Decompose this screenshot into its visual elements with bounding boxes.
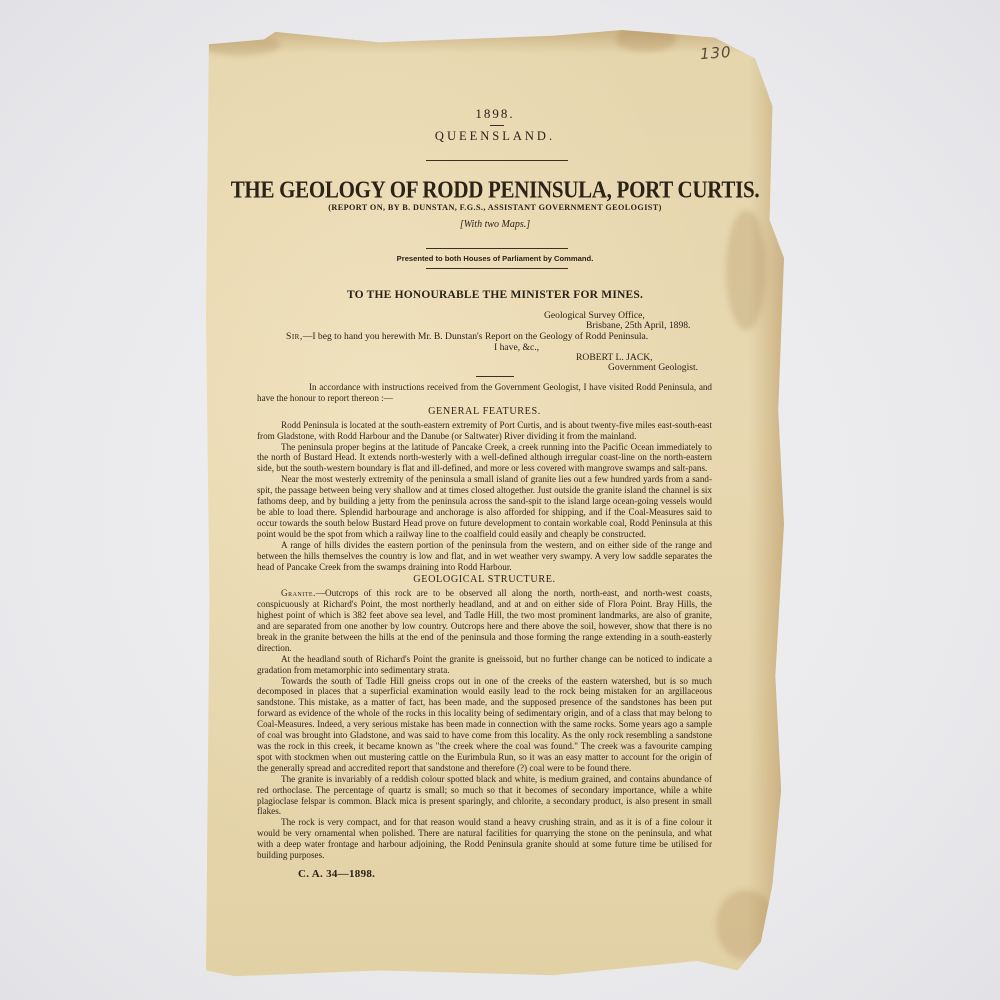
document-subtitle: (REPORT ON, BY B. DUNSTAN, F.G.S., ASSIS… xyxy=(206,203,784,212)
lead-term: Granite. xyxy=(281,588,316,598)
paragraph: A range of hills divides the eastern por… xyxy=(257,540,712,573)
maps-note: [With two Maps.] xyxy=(206,219,784,230)
letter-addressee: TO THE HONOURABLE THE MINISTER FOR MINES… xyxy=(206,289,784,301)
letter-closing: I have, &c., xyxy=(494,342,539,353)
paragraph: Rodd Peninsula is located at the south-e… xyxy=(257,420,712,442)
paragraph: Near the most westerly extremity of the … xyxy=(257,474,712,539)
paragraph: The granite is invariably of a reddish c… xyxy=(257,774,712,818)
divider xyxy=(426,248,568,249)
letter-body-text: —I beg to hand you herewith Mr. B. Dunst… xyxy=(303,331,648,342)
handwritten-page-number: 130 xyxy=(699,43,732,63)
letter-salutation: Sir, xyxy=(286,331,303,342)
document-state: QUEENSLAND. xyxy=(206,129,784,144)
paragraph: At the headland south of Richard's Point… xyxy=(257,654,712,676)
paper-stain xyxy=(616,26,676,52)
letter-signatory-title: Government Geologist. xyxy=(608,362,698,373)
paragraph-text: —Outcrops of this rock are to be observe… xyxy=(257,588,712,653)
divider xyxy=(426,160,568,161)
section-heading-geological-structure: GEOLOGICAL STRUCTURE. xyxy=(257,575,712,586)
report-body: In accordance with instructions received… xyxy=(257,382,712,861)
paragraph: The rock is very compact, and for that r… xyxy=(257,817,712,861)
presented-note: Presented to both Houses of Parliament b… xyxy=(206,254,784,263)
intro-paragraph: In accordance with instructions received… xyxy=(257,382,712,404)
section-heading-general-features: GENERAL FEATURES. xyxy=(257,407,712,418)
letter-place-date: Brisbane, 25th April, 1898. xyxy=(586,320,690,331)
paper-stain xyxy=(716,890,776,960)
document-year: 1898. xyxy=(206,106,784,122)
divider xyxy=(490,125,504,126)
paragraph: Towards the south of Tadle Hill gneiss c… xyxy=(257,676,712,774)
document-title: THE GEOLOGY OF RODD PENINSULA, PORT CURT… xyxy=(206,175,784,205)
divider xyxy=(426,268,568,269)
paragraph: The peninsula proper begins at the latit… xyxy=(257,442,712,475)
paper-stain xyxy=(200,34,280,56)
paragraph: Granite.—Outcrops of this rock are to be… xyxy=(257,588,712,653)
divider xyxy=(476,376,514,377)
page-edge-wear xyxy=(748,30,784,980)
letter-body: Sir,—I beg to hand you herewith Mr. B. D… xyxy=(286,331,648,342)
document-code: C. A. 34—1898. xyxy=(298,868,375,880)
document-page: 130 1898. QUEENSLAND. THE GEOLOGY OF ROD… xyxy=(206,30,784,980)
page-edge-wear xyxy=(206,30,784,54)
